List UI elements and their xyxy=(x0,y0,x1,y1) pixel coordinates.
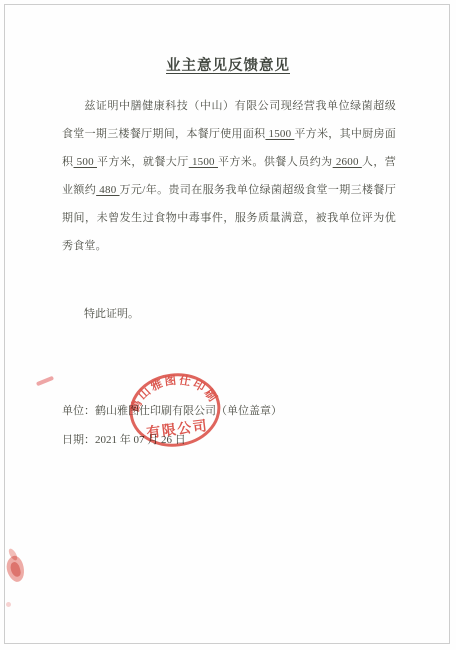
company-seal-stamp: 鹤山雅图仕印刷 有限公司 xyxy=(121,362,229,457)
body-text-segment: 平方米，就餐大厅 xyxy=(97,156,189,168)
page-title: 业主意见反馈意见 xyxy=(0,54,456,75)
unit-line: 单位：鹤山雅图仕印刷有限公司（单位盖章） xyxy=(62,402,422,420)
body-text-segment: 平方米。供餐人员约为 xyxy=(218,156,333,168)
body-paragraph: 兹证明中膳健康科技（中山）有限公司现经营我单位绿菌超级食堂一期三楼餐厅期间，本餐… xyxy=(62,92,396,260)
blank-value-dining-hall-area: 1500 xyxy=(189,156,218,168)
scanned-document-page: 业主意见反馈意见 兹证明中膳健康科技（中山）有限公司现经营我单位绿菌超级食堂一期… xyxy=(0,0,456,650)
closing-line: 特此证明。 xyxy=(62,300,396,328)
date-line: 日期：2021 年 07 月 26 日 xyxy=(62,431,422,449)
red-ink-dot xyxy=(6,602,11,607)
blank-value-diners-count: 2600 xyxy=(333,156,362,168)
blank-value-annual-revenue: 480 xyxy=(96,184,119,196)
blank-value-kitchen-area: 500 xyxy=(73,156,97,168)
blank-value-area-total: 1500 xyxy=(265,128,294,140)
